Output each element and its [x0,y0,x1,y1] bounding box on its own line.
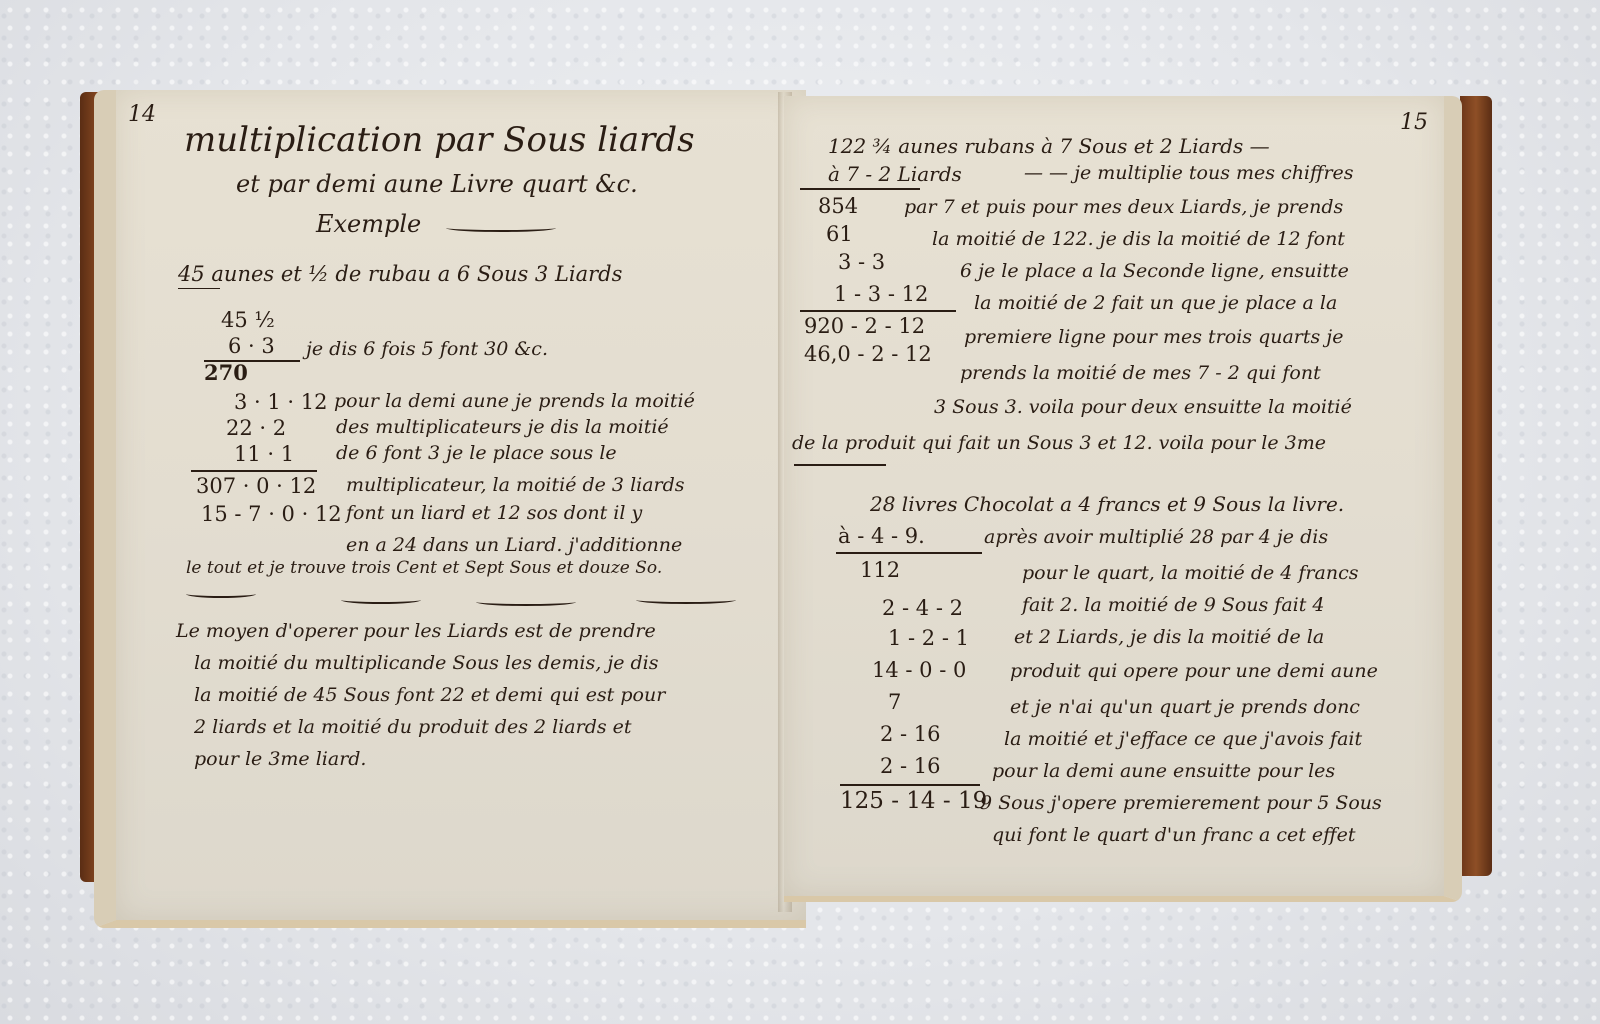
explanation-line: le tout et je trouve trois Cent et Sept … [186,558,662,578]
problem-header: 28 livres Chocolat a 4 francs et 9 Sous … [870,492,1344,516]
explanation-line: premiere ligne pour mes trois quarts je [964,326,1343,348]
calc-rule [800,310,956,312]
page-title: multiplication par Sous liards [184,120,695,160]
explanation-line: font un liard et 12 sos dont il y [346,502,642,524]
explanation-line: produit qui opere pour une demi aune [1010,660,1378,682]
problem-statement: 45 aunes et ½ de rubau a 6 Sous 3 Liards [178,262,622,286]
calc-line: 270 [204,360,248,385]
calc-total: 125 - 14 - 19 [840,788,987,814]
decorative-flourish [186,590,256,598]
underline [178,288,220,289]
explanation-line: par 7 et puis pour mes deux Liards, je p… [904,196,1343,218]
explanation-line: prends la moitié de mes 7 - 2 qui font [960,362,1321,384]
calc-line: 2 - 16 [880,754,941,778]
calc-line: 2 - 16 [880,722,941,746]
decorative-flourish [341,596,421,604]
page-number: 14 [128,102,156,127]
explanation-line: pour la demi aune ensuitte pour les [992,760,1335,782]
explanation-line: la moitié de 122. je dis la moitié de 12… [932,228,1345,250]
calc-line: 11 · 1 [234,442,294,466]
calc-line: 61 [826,222,853,246]
decorative-flourish [476,598,576,606]
calc-line: 7 [888,690,901,714]
calc-line: 920 - 2 - 12 [804,314,925,338]
explanation-line: la moitié et j'efface ce que j'avois fai… [1004,728,1362,750]
calc-line: 1 - 3 - 12 [834,282,928,306]
explanation-line: des multiplicateurs je dis la moitié [336,416,669,438]
example-label: Exemple [316,210,421,238]
page-subtitle: et par demi aune Livre quart &c. [236,170,638,198]
explanation-line: 6 je le place a la Seconde ligne, ensuit… [960,260,1349,282]
note-line: pour le 3me liard. [194,748,366,770]
explanation-line: — — je multiplie tous mes chiffres [1024,162,1354,184]
calc-line: 2 - 4 - 2 [882,596,963,620]
explanation-line: pour la demi aune je prends la moitié [334,390,695,412]
explanation-line: qui font le quart d'un franc a cet effet [992,824,1356,846]
problem-header: 122 ¾ aunes rubans à 7 Sous et 2 Liards … [828,134,1270,158]
calc-rule [191,470,317,472]
calc-line: 3 - 3 [838,250,885,274]
note-line: 2 liards et la moitié du produit des 2 l… [194,716,632,738]
calc-line: 854 [818,194,858,218]
right-page: 15 122 ¾ aunes rubans à 7 Sous et 2 Liar… [784,96,1462,902]
calc-line: 112 [860,558,900,582]
explanation-line: et 2 Liards, je dis la moitié de la [1014,626,1324,648]
section-rule [794,464,886,466]
calc-line: 46,0 - 2 - 12 [804,342,932,366]
calc-line: 6 · 3 [228,334,275,358]
calc-rule [840,784,980,786]
explanation-line: la moitié de 2 fait un que je place a la [974,292,1337,314]
problem-multiplier: à 7 - 2 Liards [828,162,962,186]
calc-rule [836,552,982,554]
decorative-flourish [636,596,736,604]
calc-rule [800,188,920,190]
calc-line: 307 · 0 · 12 [196,474,316,498]
note-line: la moitié du multiplicande Sous les demi… [194,652,659,674]
explanation-line: de la produit qui fait un Sous 3 et 12. … [792,432,1326,454]
explanation-line: 3 Sous 3. voila pour deux ensuitte la mo… [934,396,1352,418]
explanation-line: fait 2. la moitié de 9 Sous fait 4 [1022,594,1325,616]
page-number: 15 [1400,110,1428,135]
explanation-line: en a 24 dans un Liard. j'additionne [346,534,682,556]
note-line: la moitié de 45 Sous font 22 et demi qui… [194,684,665,706]
calc-line: 45 ½ [221,308,275,332]
calc-line: 1 - 2 - 1 [888,626,969,650]
explanation-line: je dis 6 fois 5 font 30 &c. [306,338,548,360]
explanation-line: de 6 font 3 je le place sous le [336,442,617,464]
calc-line: 3 · 1 · 12 [234,390,328,414]
explanation-line: et je n'ai qu'un quart je prends donc [1010,696,1360,718]
problem-multiplier: à - 4 - 9. [838,524,925,548]
calc-line: 14 - 0 - 0 [872,658,966,682]
open-manuscript-book: 14 multiplication par Sous liards et par… [72,82,1492,932]
explanation-line: 9 Sous j'opere premierement pour 5 Sous [980,792,1382,814]
calc-line: 15 - 7 · 0 · 12 [201,502,342,526]
explanation-line: multiplicateur, la moitié de 3 liards [346,474,685,496]
explanation-line: pour le quart, la moitié de 4 francs [1022,562,1358,584]
decorative-flourish [446,224,556,232]
note-line: Le moyen d'operer pour les Liards est de… [176,620,656,642]
left-page: 14 multiplication par Sous liards et par… [94,90,806,928]
leather-cover-right [1460,96,1492,876]
calc-line: 22 · 2 [226,416,286,440]
explanation-line: après avoir multiplié 28 par 4 je dis [984,526,1328,548]
